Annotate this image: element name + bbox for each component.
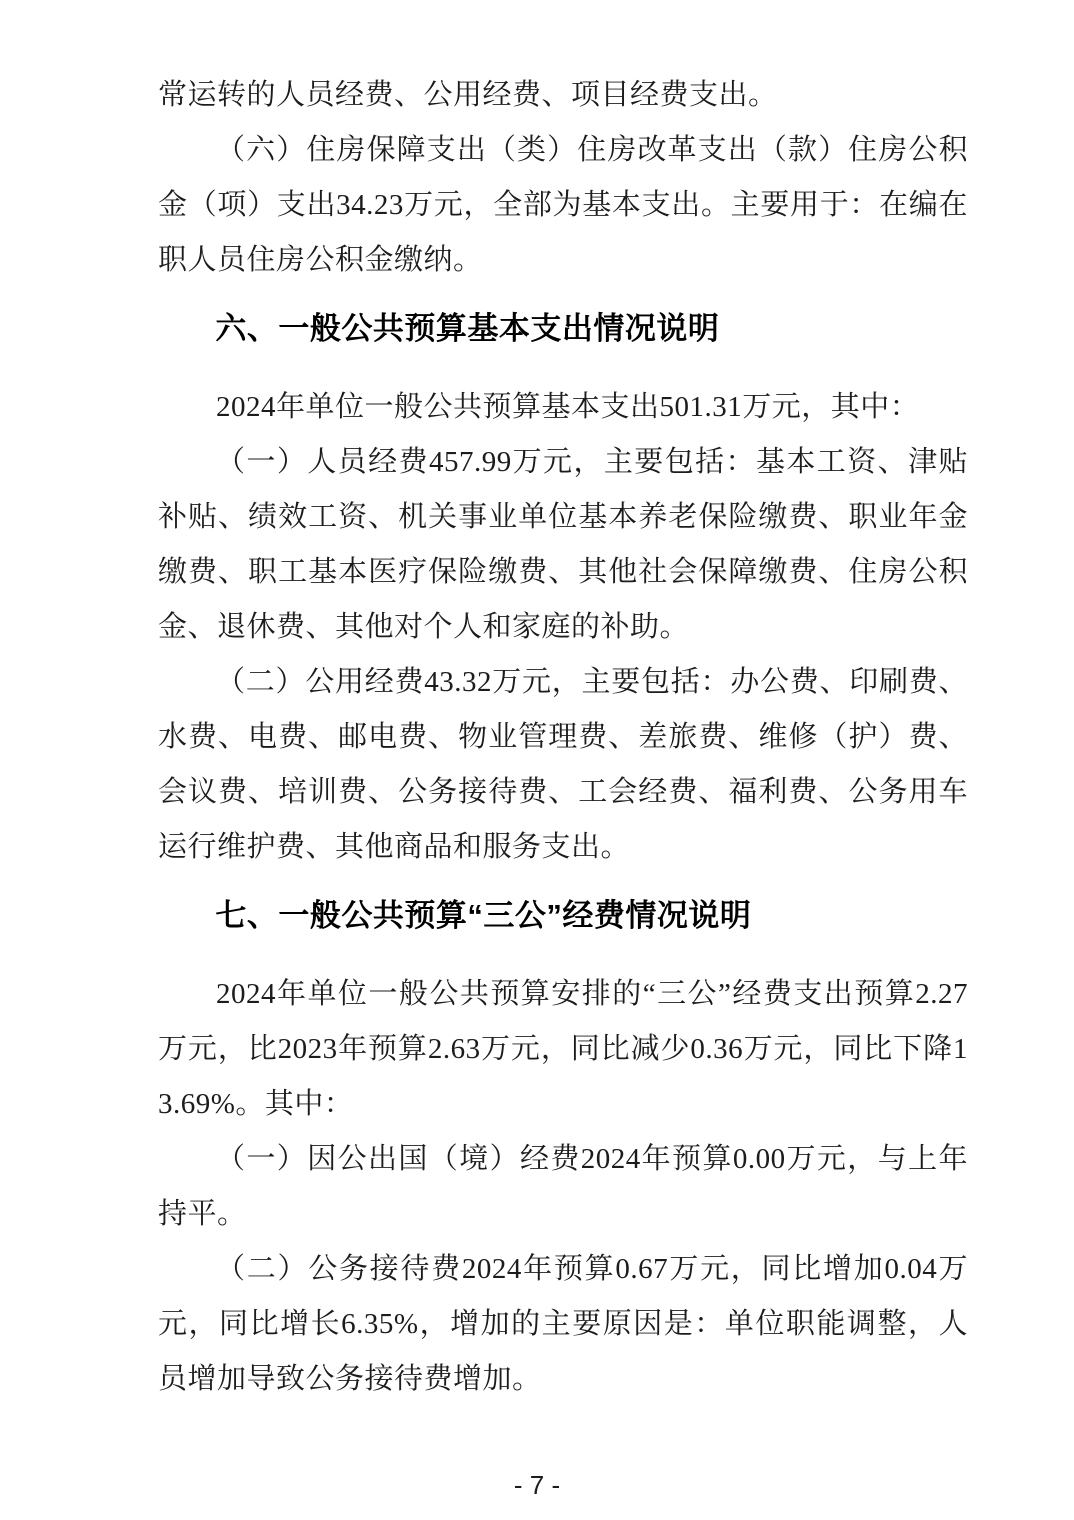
- page-number: - 7 -: [514, 1470, 560, 1500]
- heading-basic-expenditure: 六、一般公共预算基本支出情况说明: [158, 301, 968, 356]
- para-three-public-total: 2024年单位一般公共预算安排的“三公”经费支出预算2.27万元，比2023年预…: [158, 967, 968, 1132]
- page-footer: - 7 -: [0, 1468, 1074, 1502]
- document-page: 常运转的人员经费、公用经费、项目经费支出。 （六）住房保障支出（类）住房改革支出…: [0, 0, 1074, 1520]
- continuation-paragraph: 常运转的人员经费、公用经费、项目经费支出。: [158, 68, 968, 123]
- para-personnel-expense: （一）人员经费457.99万元，主要包括：基本工资、津贴补贴、绩效工资、机关事业…: [158, 435, 968, 655]
- heading-three-public-funds: 七、一般公共预算“三公”经费情况说明: [158, 888, 968, 943]
- para-official-reception: （二）公务接待费2024年预算0.67万元，同比增加0.04万元，同比增长6.3…: [158, 1242, 968, 1407]
- para-public-expense: （二）公用经费43.32万元，主要包括：办公费、印刷费、水费、电费、邮电费、物业…: [158, 655, 968, 875]
- document-body: 常运转的人员经费、公用经费、项目经费支出。 （六）住房保障支出（类）住房改革支出…: [158, 68, 968, 1407]
- para-basic-total-2024: 2024年单位一般公共预算基本支出501.31万元，其中：: [158, 380, 968, 435]
- para-abroad-expense: （一）因公出国（境）经费2024年预算0.00万元，与上年持平。: [158, 1132, 968, 1242]
- para-housing-subsidy: （六）住房保障支出（类）住房改革支出（款）住房公积金（项）支出34.23万元，全…: [158, 123, 968, 288]
